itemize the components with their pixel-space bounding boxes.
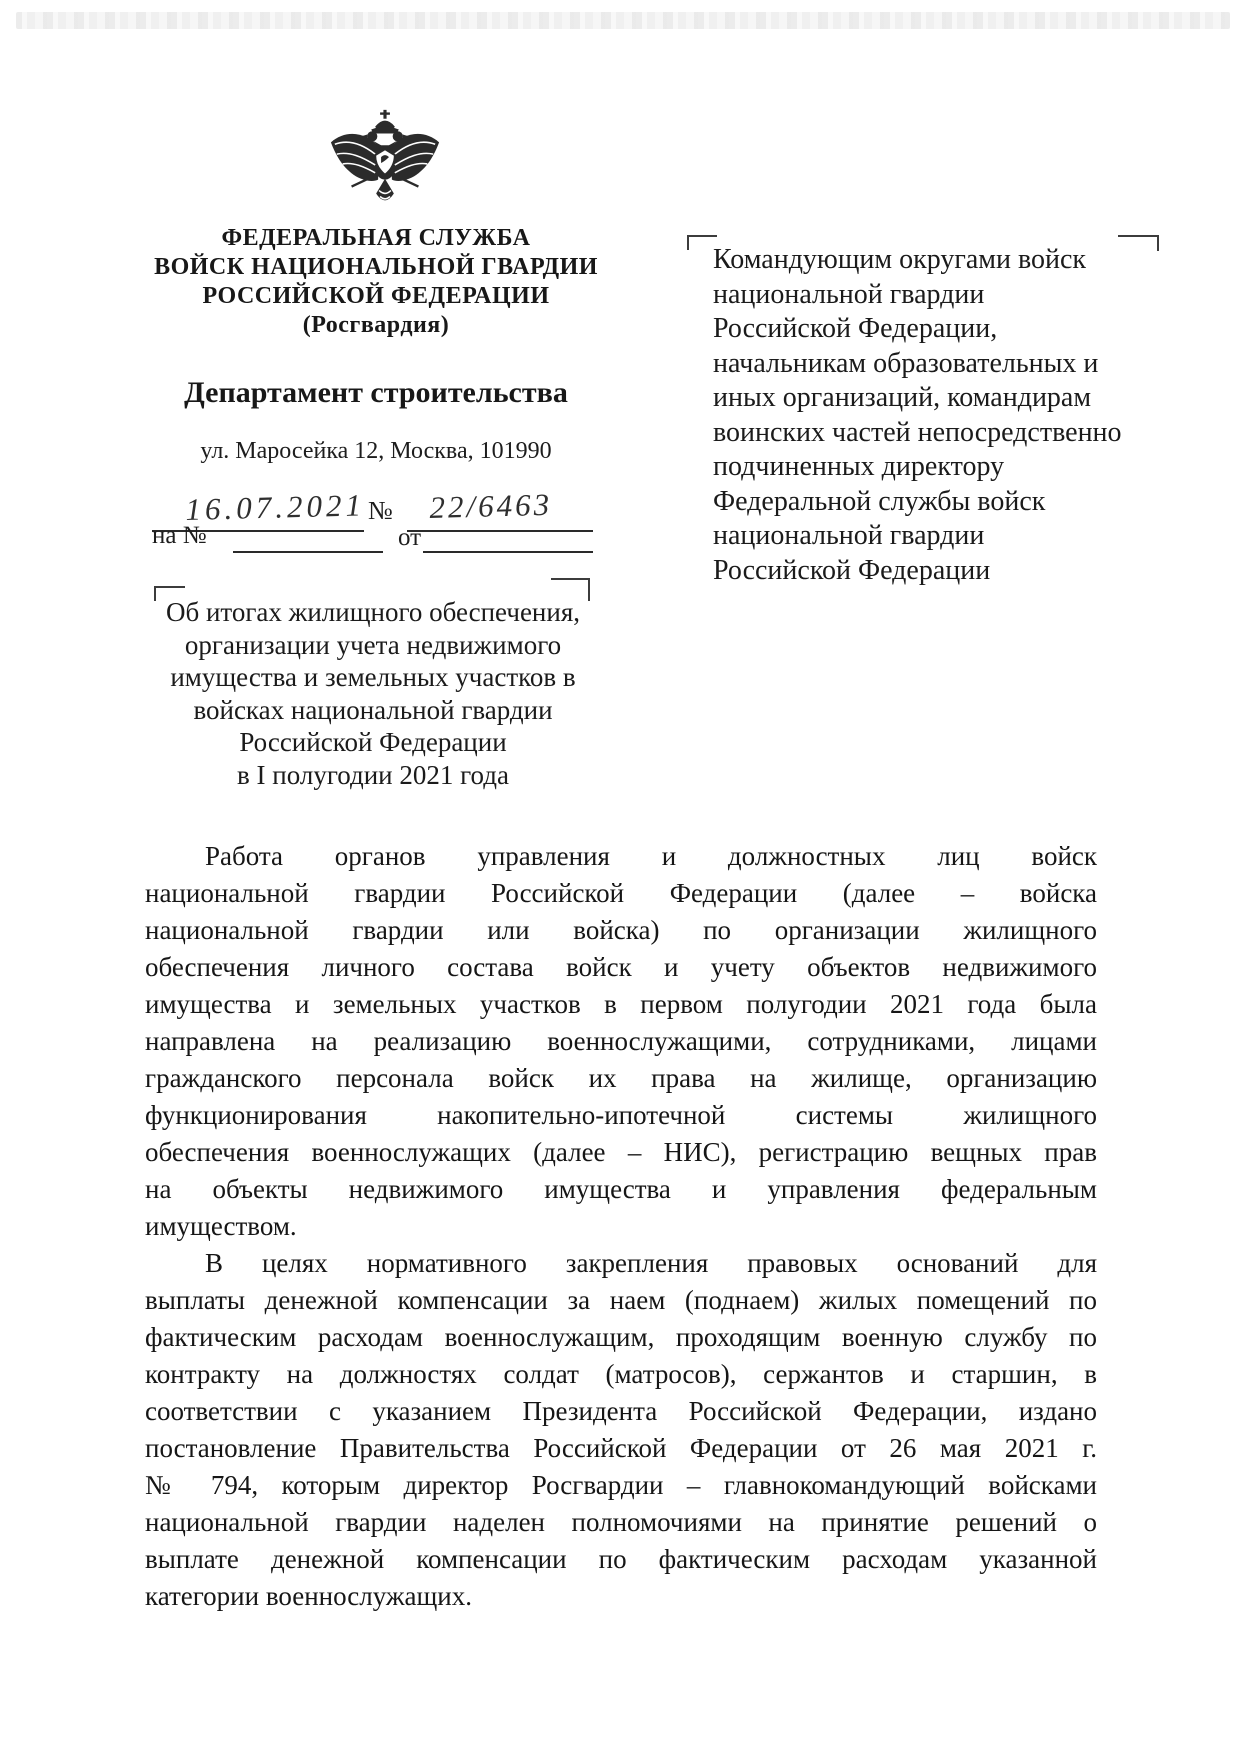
number-underline	[407, 530, 593, 532]
scan-noise-band	[16, 12, 1230, 29]
org-address: ул. Маросейка 12, Москва, 101990	[148, 438, 604, 465]
scanned-letter-page: ФЕДЕРАЛЬНАЯ СЛУЖБА ВОЙСК НАЦИОНАЛЬНОЙ ГВ…	[0, 0, 1242, 1755]
body-line: В целях нормативного закрепления правовы…	[145, 1245, 1097, 1282]
body-line: функционирования накопительно-ипотечной …	[145, 1097, 1097, 1134]
from-label: от	[398, 524, 421, 552]
on-number-underline	[233, 551, 383, 553]
org-name-heading: ФЕДЕРАЛЬНАЯ СЛУЖБА ВОЙСК НАЦИОНАЛЬНОЙ ГВ…	[148, 224, 604, 340]
body-line: национальной гвардии или войска) по орга…	[145, 912, 1097, 949]
body-line: гражданского персонала войск их права на…	[145, 1060, 1097, 1097]
addressee-block: Командующим округами войск национальной …	[713, 243, 1149, 588]
number-sign: №	[368, 496, 393, 526]
body-line: № 794, которым директор Росгвардии – гла…	[145, 1467, 1097, 1504]
on-number-label: на №	[152, 522, 207, 550]
body-line: имущества и земельных участков в первом …	[145, 986, 1097, 1023]
body-paragraph-1: Работа органов управления и должностных …	[145, 838, 1097, 1245]
handwritten-outgoing-number: 22/6463	[429, 487, 553, 526]
rosgvardia-eagle-emblem-icon	[326, 108, 444, 214]
body-line: выплате денежной компенсации по фактичес…	[145, 1541, 1097, 1578]
body-line: фактическим расходам военнослужащим, про…	[145, 1319, 1097, 1356]
body-line: Работа органов управления и должностных …	[145, 838, 1097, 875]
body-line: категории военнослужащих.	[145, 1578, 1097, 1615]
body-line: имуществом.	[145, 1208, 1097, 1245]
body-line: обеспечения личного состава войск и учет…	[145, 949, 1097, 986]
body-line: соответствии с указанием Президента Росс…	[145, 1393, 1097, 1430]
body-paragraph-2: В целях нормативного закрепления правовы…	[145, 1245, 1097, 1615]
body-line: обеспечения военнослужащих (далее – НИС)…	[145, 1134, 1097, 1171]
body-line: национальной гвардии наделен полномочиям…	[145, 1504, 1097, 1541]
body-line: на объекты недвижимого имущества и управ…	[145, 1171, 1097, 1208]
from-underline	[423, 551, 593, 553]
body-line: направлена на реализацию военнослужащими…	[145, 1023, 1097, 1060]
department-heading: Департамент строительства	[148, 376, 604, 410]
body-line: постановление Правительства Российской Ф…	[145, 1430, 1097, 1467]
subject-block: Об итогах жилищного обеспечения, организ…	[150, 596, 596, 791]
body-line: национальной гвардии Российской Федераци…	[145, 875, 1097, 912]
body-line: выплаты денежной компенсации за наем (по…	[145, 1282, 1097, 1319]
letter-body: Работа органов управления и должностных …	[145, 838, 1097, 1615]
body-line: контракту на должностях солдат (матросов…	[145, 1356, 1097, 1393]
handwritten-date: 16.07.2021	[185, 487, 365, 528]
